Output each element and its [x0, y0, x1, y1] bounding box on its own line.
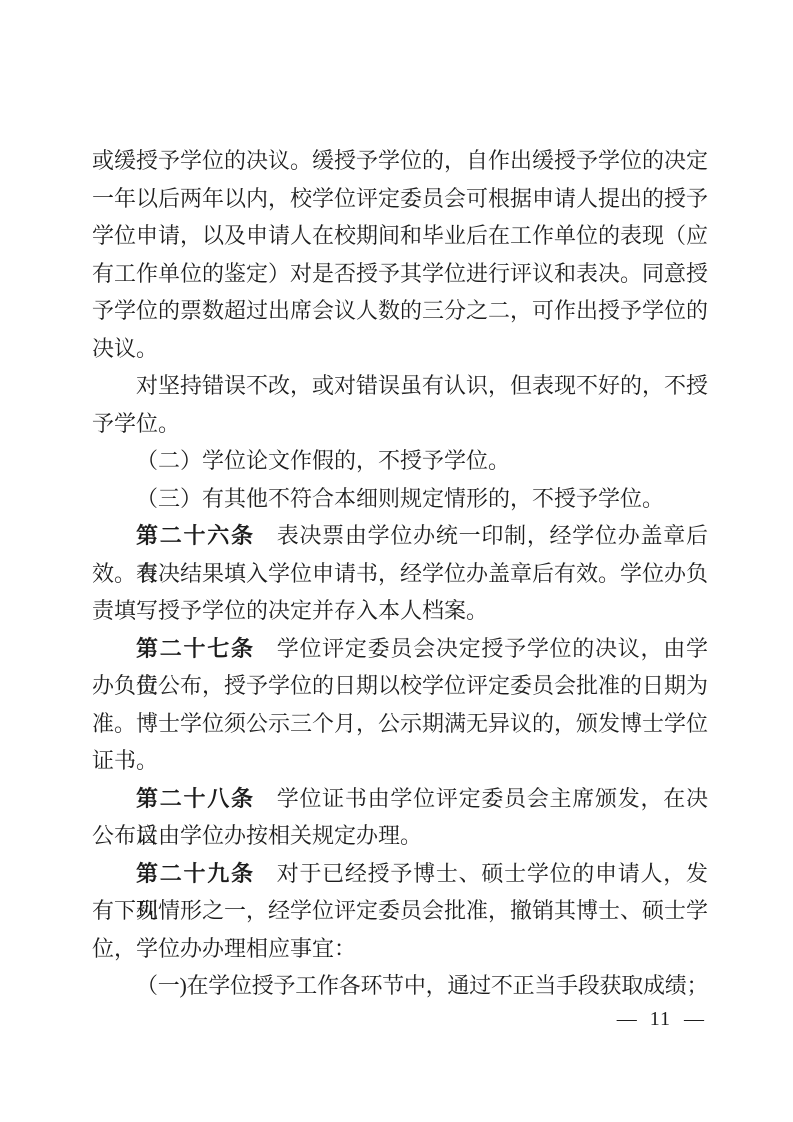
text-line: 对坚持错误不改，或对错误虽有认识，但表现不好的，不授	[92, 367, 708, 405]
paragraph-list-item: （三）有其他不符合本细则规定情形的，不授予学位。	[92, 480, 708, 518]
paragraph-article-28: 第二十八条学位证书由学位评定委员会主席颁发，在决议 公布后由学位办按相关规定办理…	[92, 780, 708, 855]
article-number-heading: 第二十七条	[136, 636, 255, 661]
text-line: 有下列情形之一，经学位评定委员会批准，撤销其博士、硕士学	[92, 892, 708, 930]
text-line: 第二十七条学位评定委员会决定授予学位的决议，由学位	[92, 630, 708, 668]
text-line: 第二十六条表决票由学位办统一印制，经学位办盖章后有	[92, 517, 708, 555]
text-line: 证书。	[92, 742, 708, 780]
paragraph-article-29: 第二十九条对于已经授予博士、硕士学位的申请人，发现 有下列情形之一，经学位评定委…	[92, 855, 708, 968]
text-line: （一)在学位授予工作各环节中，通过不正当手段获取成绩；	[92, 967, 708, 1005]
text-line: 学位申请，以及申请人在校期间和毕业后在工作单位的表现（应	[92, 217, 708, 255]
text-line: 有工作单位的鉴定）对是否授予其学位进行评议和表决。同意授	[92, 255, 708, 293]
paragraph-list-item: （二）学位论文作假的，不授予学位。	[92, 442, 708, 480]
article-number-heading: 第二十九条	[136, 861, 255, 886]
text-line: 予学位的票数超过出席会议人数的三分之二，可作出授予学位的	[92, 292, 708, 330]
paragraph-article-27: 第二十七条学位评定委员会决定授予学位的决议，由学位 办负责公布，授予学位的日期以…	[92, 630, 708, 780]
text-line: 效。表决结果填入学位申请书，经学位办盖章后有效。学位办负	[92, 555, 708, 593]
text-line: 公布后由学位办按相关规定办理。	[92, 817, 708, 855]
text-line: 第二十八条学位证书由学位评定委员会主席颁发，在决议	[92, 780, 708, 818]
article-number-heading: 第二十八条	[136, 786, 255, 811]
text-line: 责填写授予学位的决定并存入本人档案。	[92, 592, 708, 630]
paragraph-list-item: （一)在学位授予工作各环节中，通过不正当手段获取成绩；	[92, 967, 708, 1005]
text-line: 准。博士学位须公示三个月，公示期满无异议的，颁发博士学位	[92, 705, 708, 743]
text-line: 一年以后两年以内，校学位评定委员会可根据申请人提出的授予	[92, 180, 708, 218]
text-line: 办负责公布，授予学位的日期以校学位评定委员会批准的日期为	[92, 667, 708, 705]
article-number-heading: 第二十六条	[136, 523, 255, 548]
page-number: 11	[650, 1008, 671, 1030]
text-line: 决议。	[92, 330, 708, 368]
text-line: 或缓授予学位的决议。缓授予学位的，自作出缓授予学位的决定	[92, 142, 708, 180]
text-line: 予学位。	[92, 405, 708, 443]
footer-dash-left: —	[617, 1008, 637, 1030]
footer-dash-right: —	[684, 1008, 704, 1030]
paragraph: 或缓授予学位的决议。缓授予学位的，自作出缓授予学位的决定 一年以后两年以内，校学…	[92, 142, 708, 367]
text-line: 位，学位办办理相应事宜：	[92, 930, 708, 968]
text-line: （二）学位论文作假的，不授予学位。	[92, 442, 708, 480]
text-line: 第二十九条对于已经授予博士、硕士学位的申请人，发现	[92, 855, 708, 893]
document-page: 或缓授予学位的决议。缓授予学位的，自作出缓授予学位的决定 一年以后两年以内，校学…	[0, 0, 793, 1122]
paragraph: 对坚持错误不改，或对错误虽有认识，但表现不好的，不授 予学位。	[92, 367, 708, 442]
paragraph-article-26: 第二十六条表决票由学位办统一印制，经学位办盖章后有 效。表决结果填入学位申请书，…	[92, 517, 708, 630]
text-line: （三）有其他不符合本细则规定情形的，不授予学位。	[92, 480, 708, 518]
document-text-block: 或缓授予学位的决议。缓授予学位的，自作出缓授予学位的决定 一年以后两年以内，校学…	[92, 142, 708, 1005]
page-footer: —11—	[92, 1008, 708, 1031]
